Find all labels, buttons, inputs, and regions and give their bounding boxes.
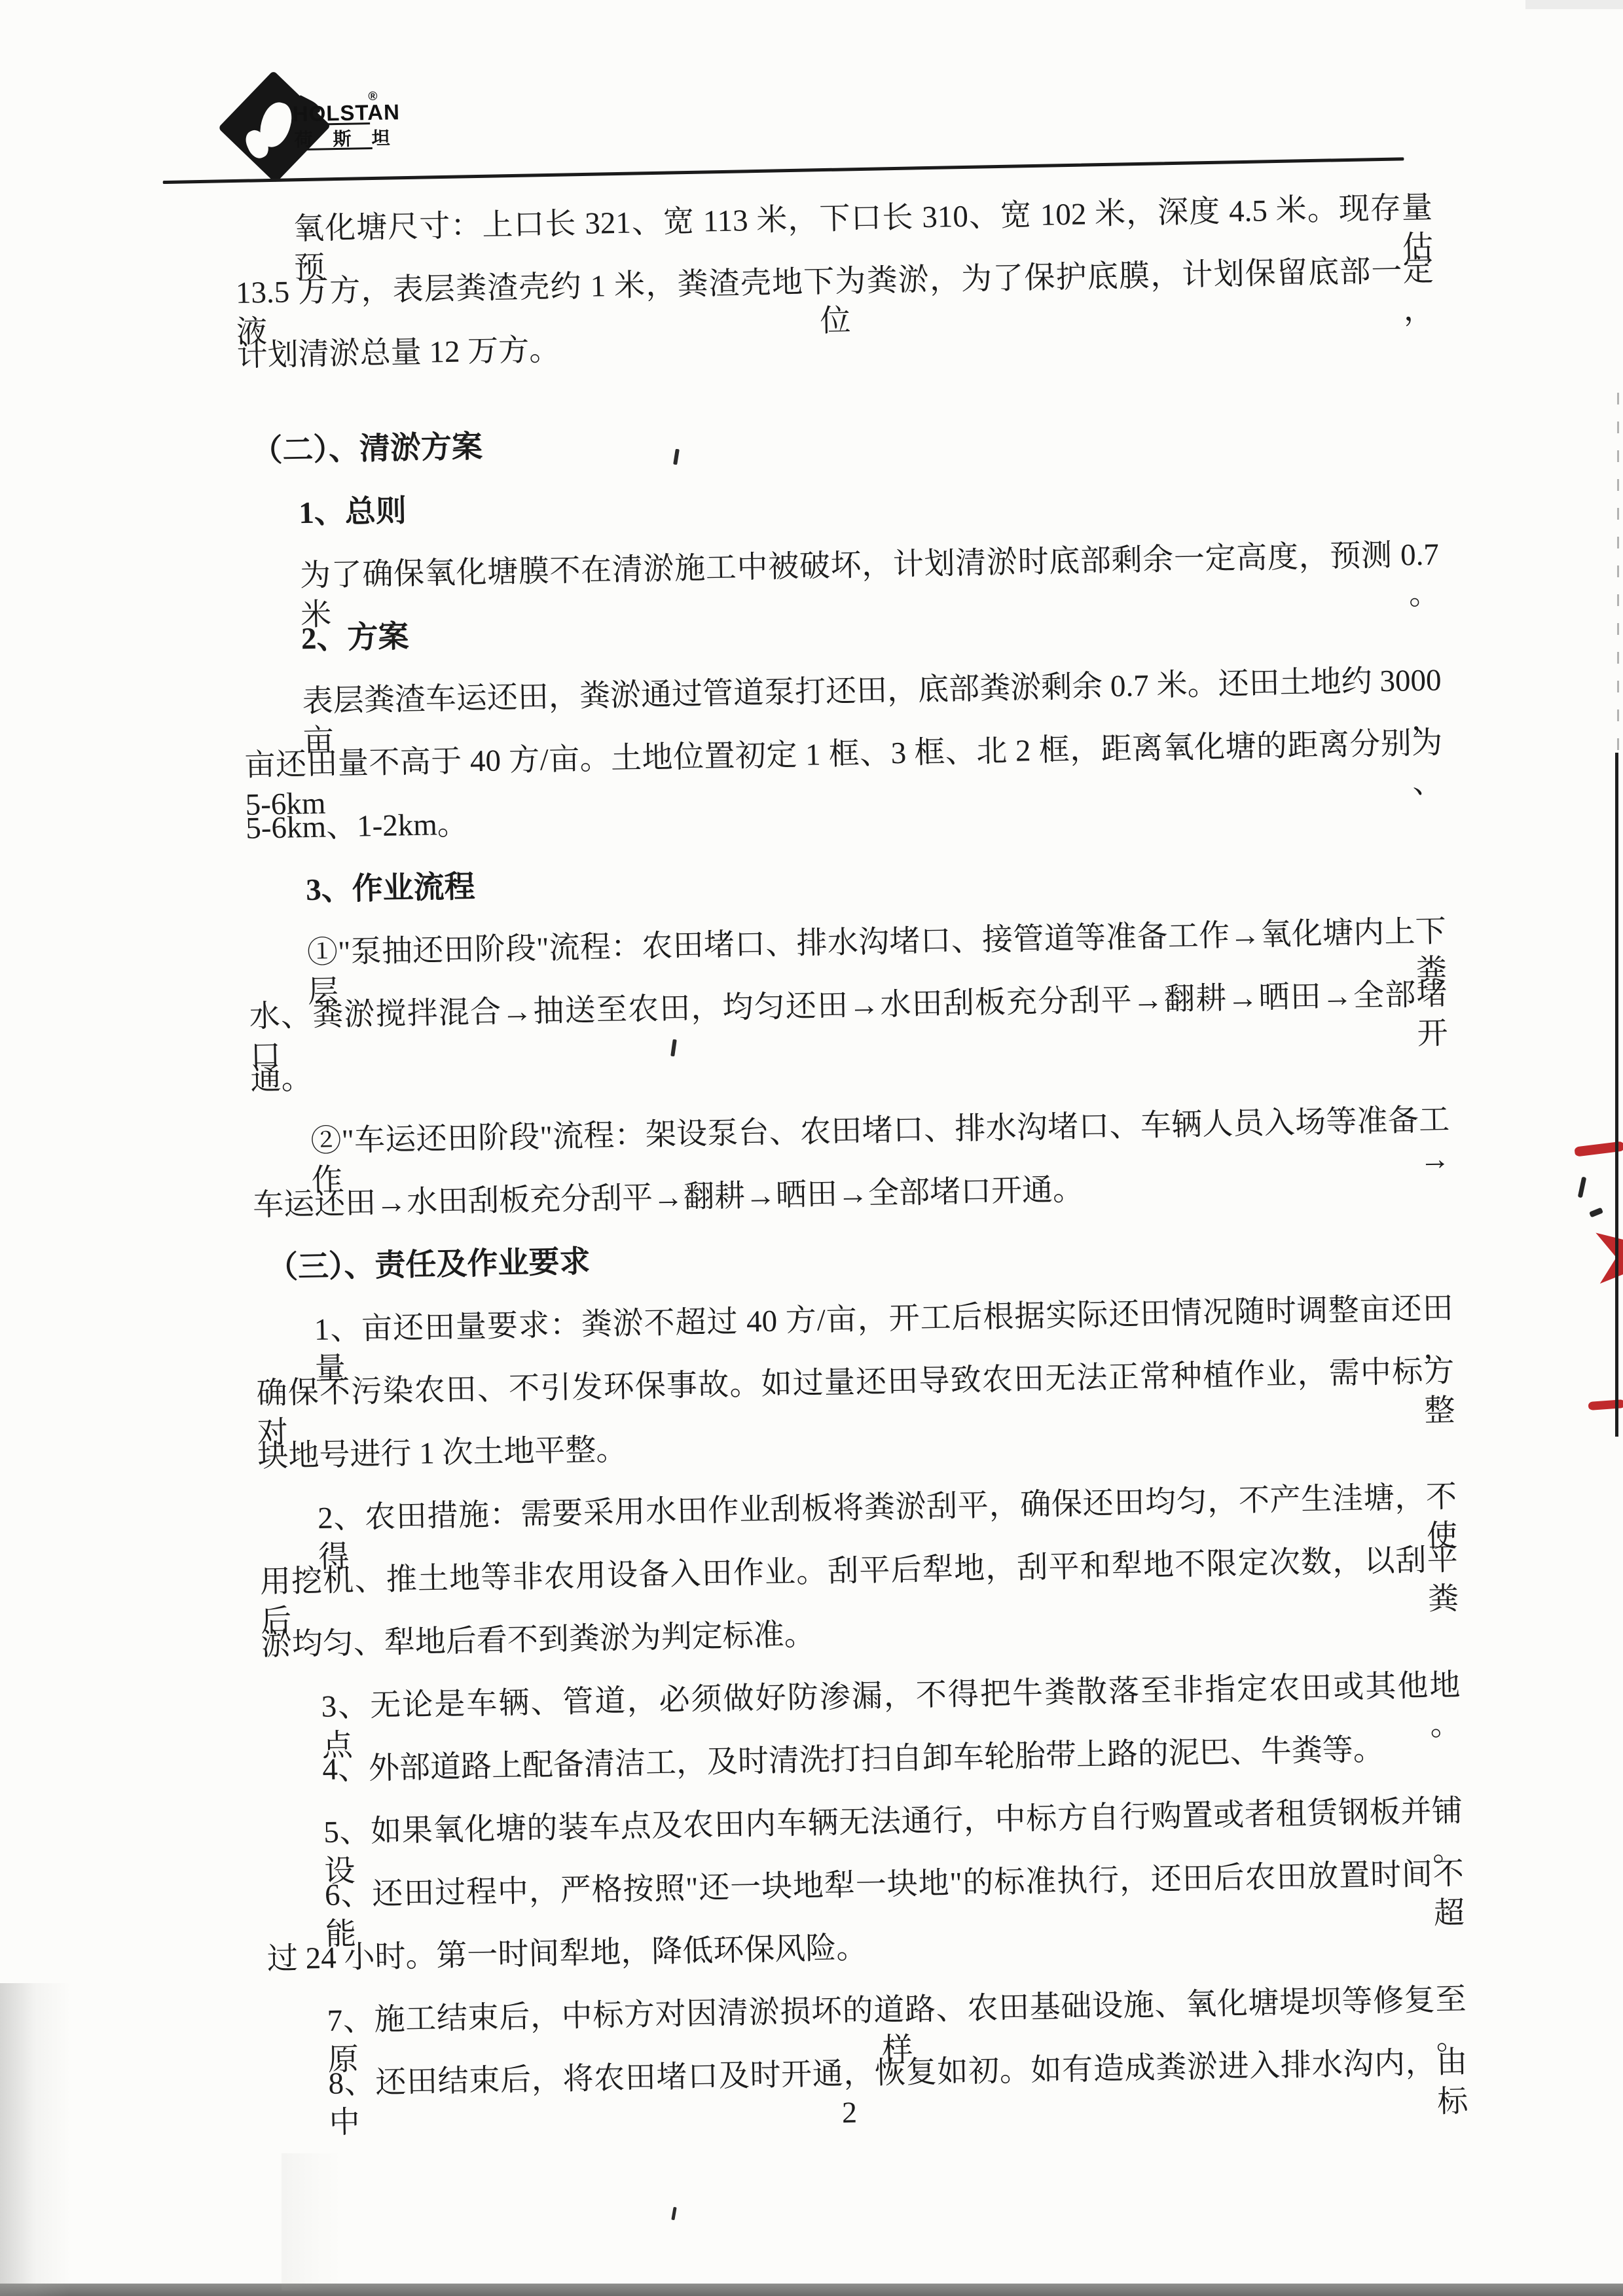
scanned-content: HOLSTAN ® 荷 斯 坦 氧化塘尺寸：上口长 321、宽 113 米，下口…: [0, 0, 1623, 2296]
text-line: 2、农田措施：需要采用水田作业刮板将粪淤刮平，确保还田均匀，不产生洼塘，不得使: [318, 1477, 1457, 1539]
scan-mid-streak: [282, 2153, 344, 2291]
scan-left-streak: [0, 1983, 71, 2296]
text-line: 2、方案: [301, 617, 409, 660]
text-line: 3、无论是车辆、管道，必须做好防渗漏，不得把牛粪散落至非指定农田或其他地点。: [321, 1666, 1461, 1728]
text-line: ②"车运还田阶段"流程：架设泵台、农田堵口、排水沟堵口、车辆人员入场等准备工作→: [310, 1100, 1450, 1162]
text-line: 3、作业流程: [306, 867, 476, 911]
page-number: 2: [813, 2094, 886, 2130]
document-scan-page: HOLSTAN ® 荷 斯 坦 氧化塘尺寸：上口长 321、宽 113 米，下口…: [0, 0, 1623, 2296]
scan-edge-artifact-dark: [1615, 753, 1618, 1437]
company-logo: HOLSTAN ® 荷 斯 坦: [211, 58, 430, 193]
text-line: （三）、责任及作业要求: [266, 1242, 591, 1289]
text-line: （二）、清淤方案: [251, 427, 483, 473]
text-line: 表层粪渣车运还田，粪淤通过管道泵打还田，底部粪淤剩余 0.7 米。还田土地约 3…: [302, 660, 1442, 723]
text-line: 1、总则: [299, 492, 407, 534]
scanner-bottom-band: [0, 2284, 1623, 2296]
text-line: 氧化塘尺寸：上口长 321、宽 113 米，下口长 310、宽 102 米，深度…: [293, 188, 1433, 251]
scan-edge-artifact-faint: [1617, 393, 1619, 756]
scan-corner-smudge: [1525, 0, 1623, 9]
text-line: 5、如果氧化塘的装车点及农田内车辆无法通行，中标方自行购置或者租赁钢板并铺设。: [323, 1791, 1463, 1854]
text-line: 7、施工结束后，中标方对因清淤损坏的道路、农田基础设施、氧化塘堤坝等修复至原样。: [327, 1980, 1467, 2042]
text-line: 1、亩还田量要求：粪淤不超过 40 方/亩，开工后根据实际还田情况随时调整亩还田…: [314, 1289, 1453, 1351]
registered-trademark-icon: ®: [368, 90, 377, 104]
document-body: 氧化塘尺寸：上口长 321、宽 113 米，下口长 310、宽 102 米，深度…: [0, 0, 1617, 5]
text-line: 为了确保氧化塘膜不在清淤施工中被破坏，计划清淤时底部剩余一定高度，预测 0.7 …: [300, 535, 1440, 597]
text-line: ①"泵抽还田阶段"流程：农田堵口、排水沟堵口、接管道等准备工作→氧化塘内上下层粪: [306, 912, 1446, 974]
